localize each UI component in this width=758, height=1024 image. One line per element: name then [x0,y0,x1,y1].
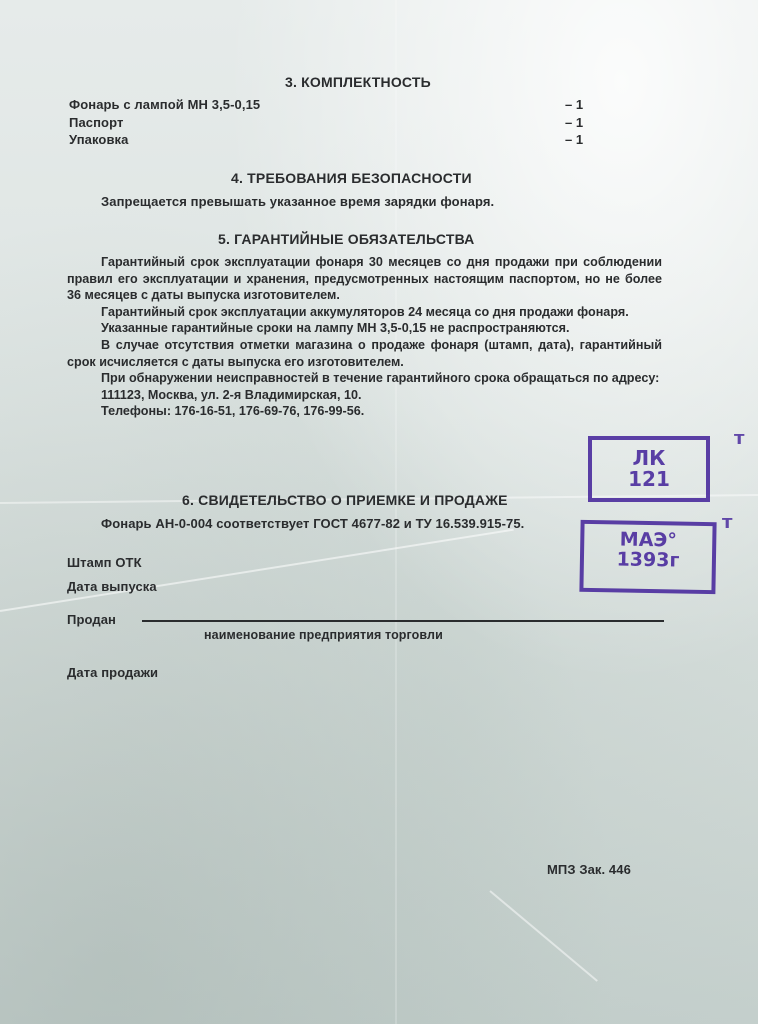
warranty-paragraph: Гарантийный срок эксплуатации аккумулято… [67,304,662,321]
stamp-line: 121 [592,469,706,490]
release-date-label: Дата выпуска [67,579,157,594]
sold-label: Продан [67,612,116,627]
warranty-paragraph: При обнаружении неисправностей в течение… [67,370,662,387]
kit-item-qty: – 1 [565,132,583,147]
sold-signature-line [142,620,664,622]
sold-caption: наименование предприятия торговли [204,628,443,642]
stamp-line: ЛК [592,448,706,469]
ink-stamp-lk: ЛК 121 [588,436,710,502]
kit-item-qty: – 1 [565,115,583,130]
kit-item-name: Фонарь с лампой МН 3,5-0,15 [69,97,260,112]
warranty-paragraph: Гарантийный срок эксплуатации фонаря 30 … [67,254,662,304]
warranty-paragraph: В случае отсутствия отметки магазина о п… [67,337,662,370]
safety-text: Запрещается превышать указанное время за… [101,194,494,209]
section5-title: 5. ГАРАНТИЙНЫЕ ОБЯЗАТЕЛЬСТВА [218,231,475,247]
passport-page: 3. КОМПЛЕКТНОСТЬ Фонарь с лампой МН 3,5-… [0,0,758,1024]
ink-mark: т [734,428,744,449]
ink-mark: т [722,512,732,533]
warranty-paragraph: Указанные гарантийные сроки на лампу МН … [67,320,662,337]
section6-title: 6. СВИДЕТЕЛЬСТВО О ПРИЕМКЕ И ПРОДАЖЕ [182,492,508,508]
section3-title: 3. КОМПЛЕКТНОСТЬ [285,74,431,90]
section4-title: 4. ТРЕБОВАНИЯ БЕЗОПАСНОСТИ [231,170,472,186]
otk-stamp-label: Штамп ОТК [67,555,142,570]
printer-order-number: МПЗ Зак. 446 [547,862,631,877]
kit-item-name: Паспорт [69,115,123,130]
ink-stamp-date: МАЭ° 1393г [579,520,716,594]
sale-date-label: Дата продажи [67,665,158,680]
service-address: 111123, Москва, ул. 2-я Владимирская, 10… [67,387,662,404]
service-phones: Телефоны: 176-16-51, 176-69-76, 176-99-5… [67,403,662,420]
warranty-text: Гарантийный срок эксплуатации фонаря 30 … [67,254,662,420]
compliance-text: Фонарь АН-0-004 соответствует ГОСТ 4677-… [101,516,524,531]
kit-item-name: Упаковка [69,132,128,147]
kit-item-qty: – 1 [565,97,583,112]
stamp-line: 1393г [584,550,712,572]
